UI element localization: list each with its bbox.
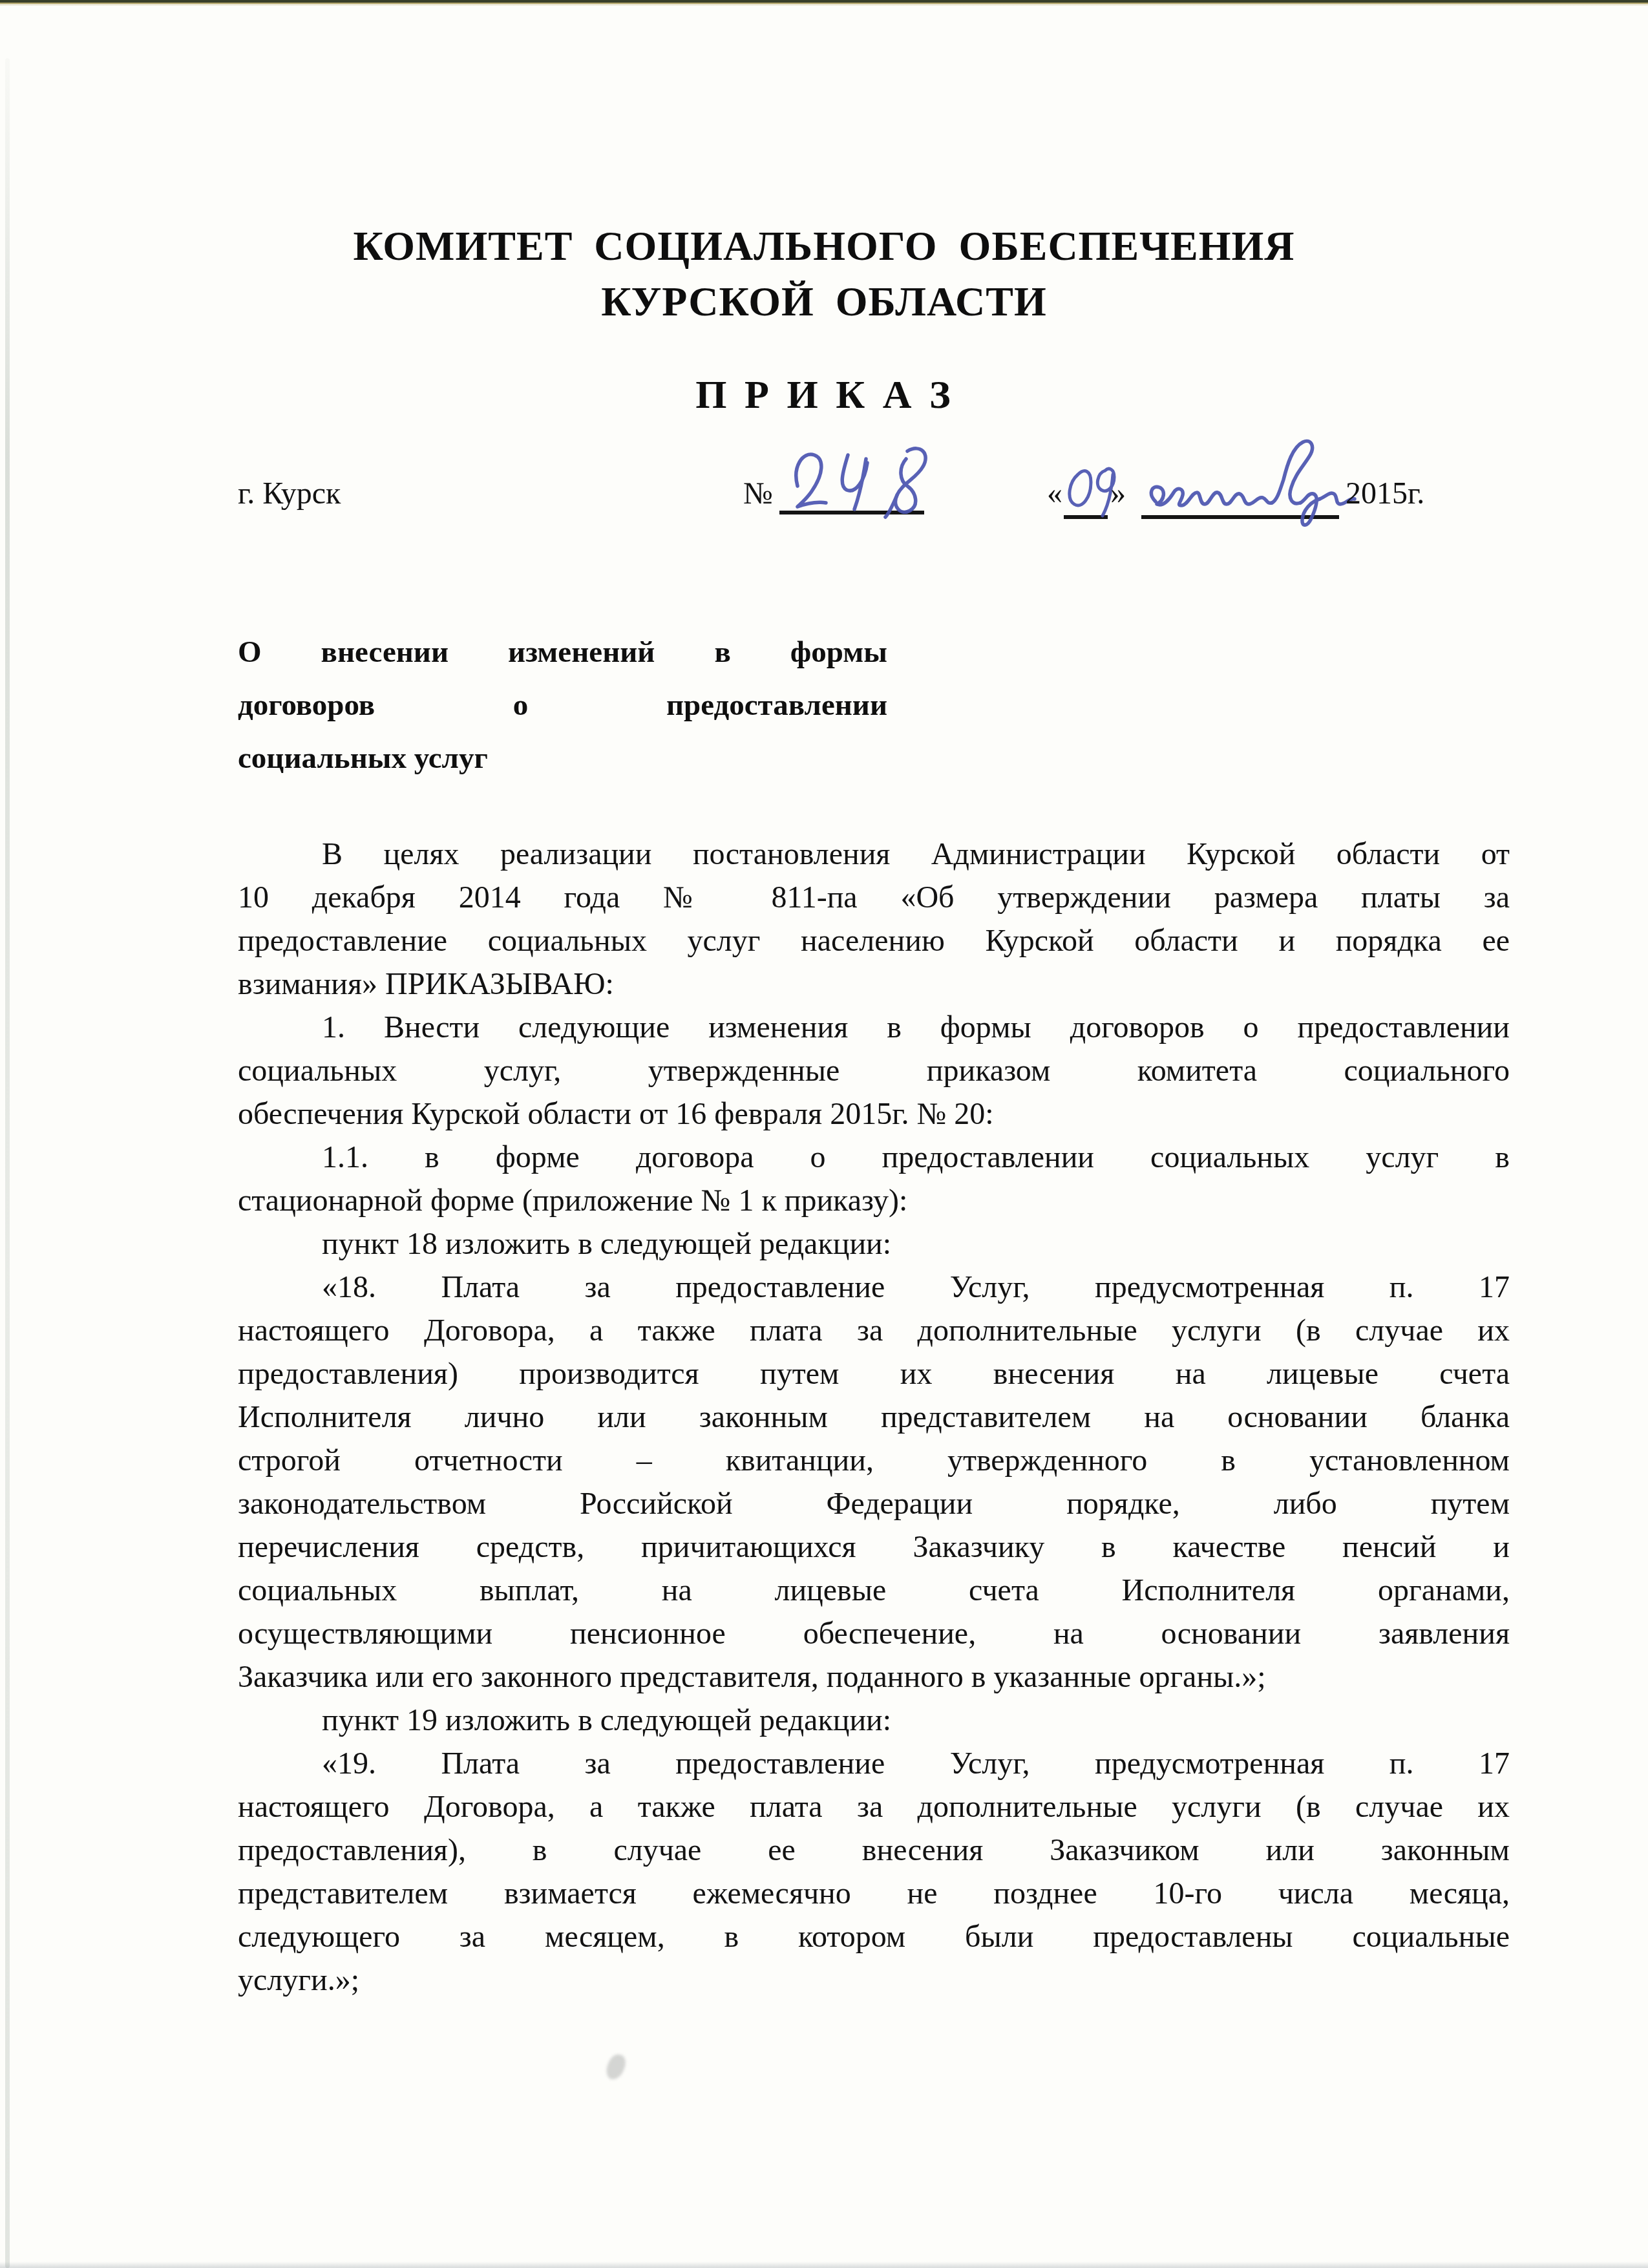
body-line: настоящего Договора, а также плата за до… — [238, 1309, 1510, 1352]
body-line: предоставление социальных услуг населени… — [238, 919, 1510, 962]
order-body-text: В целях реализации постановления Админис… — [238, 832, 1510, 2002]
handwritten-day: 09 — [1061, 452, 1117, 524]
body-line: пункт 18 изложить в следующей редакции: — [238, 1222, 1510, 1266]
handwritten-day-ink — [1061, 452, 1117, 524]
number-label: № — [743, 476, 773, 511]
body-line: следующего за месяцем, в котором были пр… — [238, 1915, 1510, 1958]
scan-smudge — [604, 2052, 628, 2082]
handwritten-month-ink — [1140, 434, 1357, 531]
body-line: «19. Плата за предоставление Услуг, пред… — [238, 1742, 1510, 1785]
handwritten-month: сентября — [1140, 434, 1357, 531]
body-line: стационарной форме (приложение № 1 к при… — [238, 1179, 1510, 1222]
body-line: осуществляющими пенсионное обеспечение, … — [238, 1612, 1510, 1655]
body-line: перечисления средств, причитающихся Зака… — [238, 1525, 1510, 1569]
body-line: обеспечения Курской области от 16 феврал… — [238, 1092, 1510, 1136]
scanner-top-edge — [0, 0, 1648, 6]
year-label: 2015г. — [1346, 476, 1424, 511]
organization-name: КОМИТЕТ СОЦИАЛЬНОГО ОБЕСПЕЧЕНИЯ КУРСКОЙ … — [0, 218, 1648, 330]
handwritten-number: 248 — [783, 441, 942, 522]
subject-line: социальных услуг — [238, 732, 887, 785]
subject-line: О внесении изменений в формы — [238, 626, 887, 679]
body-line: 10 декабря 2014 года № 811-па «Об утверж… — [238, 876, 1510, 919]
subject-line: договоров о предоставлении — [238, 679, 887, 732]
organization-name-line1: КОМИТЕТ СОЦИАЛЬНОГО ОБЕСПЕЧЕНИЯ — [0, 218, 1648, 274]
body-line: предоставления), в случае ее внесения За… — [238, 1828, 1510, 1872]
body-line: В целях реализации постановления Админис… — [238, 832, 1510, 876]
date-quote-close: » — [1110, 476, 1126, 511]
body-line: Заказчика или его законного представител… — [238, 1655, 1510, 1699]
body-line: «18. Плата за предоставление Услуг, пред… — [238, 1266, 1510, 1309]
body-line: 1. Внести следующие изменения в формы до… — [238, 1006, 1510, 1049]
body-line: социальных услуг, утвержденные приказом … — [238, 1049, 1510, 1092]
body-line: пункт 19 изложить в следующей редакции: — [238, 1699, 1510, 1742]
organization-name-line2: КУРСКОЙ ОБЛАСТИ — [0, 274, 1648, 330]
scanned-order-page: КОМИТЕТ СОЦИАЛЬНОГО ОБЕСПЕЧЕНИЯ КУРСКОЙ … — [0, 0, 1648, 2268]
handwritten-number-ink — [783, 441, 942, 522]
body-line: услуги.»; — [238, 1958, 1510, 2002]
body-line: Исполнителя лично или законным представи… — [238, 1395, 1510, 1439]
subject-block: О внесении изменений в формы договоров о… — [238, 626, 887, 785]
body-line: предоставления) производится путем их вн… — [238, 1352, 1510, 1395]
body-line: социальных выплат, на лицевые счета Испо… — [238, 1569, 1510, 1612]
body-line: настоящего Договора, а также плата за до… — [238, 1785, 1510, 1828]
body-line: взимания» ПРИКАЗЫВАЮ: — [238, 962, 1510, 1006]
city-label: г. Курск — [238, 476, 341, 511]
body-line: 1.1. в форме договора о предоставлении с… — [238, 1136, 1510, 1179]
body-line: строгой отчетности – квитанции, утвержде… — [238, 1439, 1510, 1482]
body-line: представителем взимается ежемесячно не п… — [238, 1872, 1510, 1915]
document-type-title: П Р И К А З — [0, 372, 1648, 418]
body-line: законодательством Российской Федерации п… — [238, 1482, 1510, 1525]
scanner-bottom-edge — [0, 2262, 1648, 2268]
date-quote-open: « — [1047, 476, 1062, 511]
